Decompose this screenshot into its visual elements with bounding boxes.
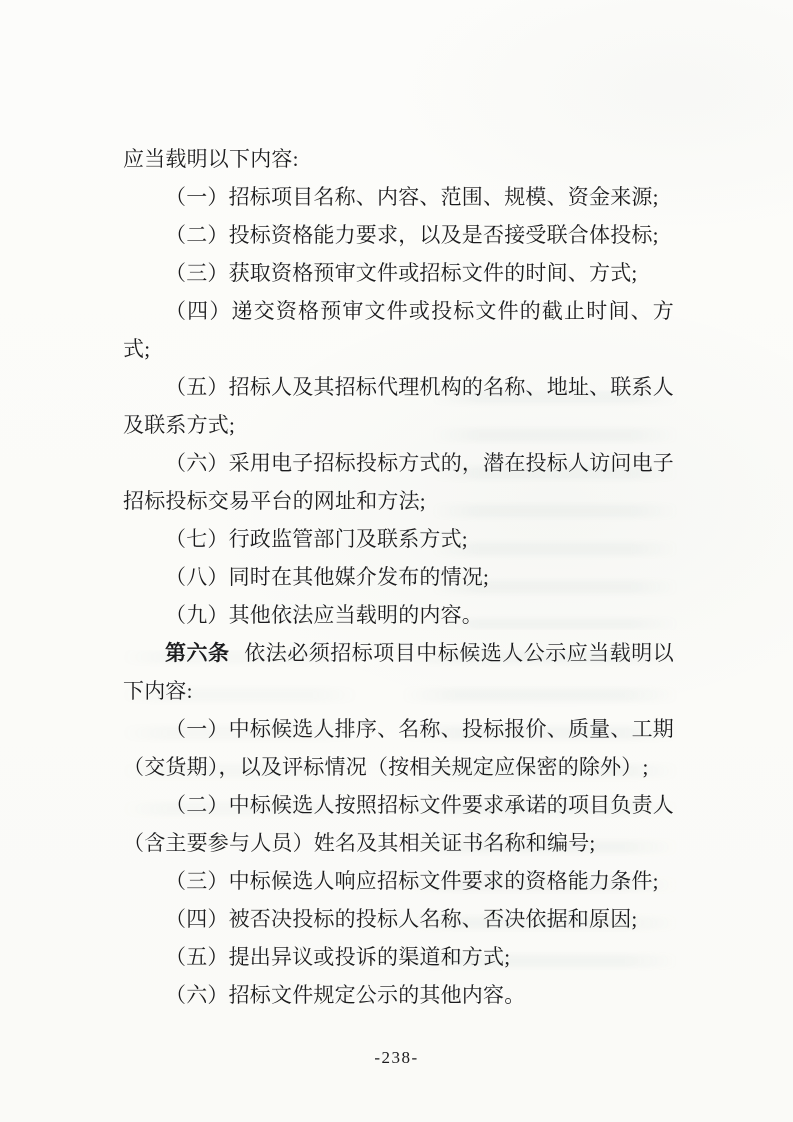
page-number: -238- bbox=[0, 1048, 793, 1068]
tender-item-7: （七）行政监管部门及联系方式; bbox=[123, 520, 674, 558]
article6-heading: 第六条依法必须招标项目中标候选人公示应当载明以下内容: bbox=[123, 634, 674, 710]
intro-line: 应当载明以下内容: bbox=[123, 140, 674, 178]
tender-item-3: （三）获取资格预审文件或招标文件的时间、方式; bbox=[123, 254, 674, 292]
document-body: 应当载明以下内容: （一）招标项目名称、内容、范围、规模、资金来源; （二）投标… bbox=[123, 140, 674, 1014]
article6-item-5: （五）提出异议或投诉的渠道和方式; bbox=[123, 938, 674, 976]
tender-item-1: （一）招标项目名称、内容、范围、规模、资金来源; bbox=[123, 178, 674, 216]
tender-item-5: （五）招标人及其招标代理机构的名称、地址、联系人及联系方式; bbox=[123, 368, 674, 444]
tender-item-8: （八）同时在其他媒介发布的情况; bbox=[123, 558, 674, 596]
article6-item-6: （六）招标文件规定公示的其他内容。 bbox=[123, 976, 674, 1014]
article6-item-1: （一）中标候选人排序、名称、投标报价、质量、工期（交货期），以及评标情况（按相关… bbox=[123, 710, 674, 786]
tender-item-6: （六）采用电子招标投标方式的，潜在投标人访问电子招标投标交易平台的网址和方法; bbox=[123, 444, 674, 520]
article6-item-4: （四）被否决投标的投标人名称、否决依据和原因; bbox=[123, 900, 674, 938]
tender-item-4: （四）递交资格预审文件或投标文件的截止时间、方式; bbox=[123, 292, 674, 368]
article6-number: 第六条 bbox=[165, 641, 230, 665]
tender-item-9: （九）其他依法应当载明的内容。 bbox=[123, 596, 674, 634]
scanned-page: 应当载明以下内容: （一）招标项目名称、内容、范围、规模、资金来源; （二）投标… bbox=[0, 0, 793, 1122]
article6-item-3: （三）中标候选人响应招标文件要求的资格能力条件; bbox=[123, 862, 674, 900]
tender-item-2: （二）投标资格能力要求，以及是否接受联合体投标; bbox=[123, 216, 674, 254]
article6-item-2: （二）中标候选人按照招标文件要求承诺的项目负责人（含主要参与人员）姓名及其相关证… bbox=[123, 786, 674, 862]
